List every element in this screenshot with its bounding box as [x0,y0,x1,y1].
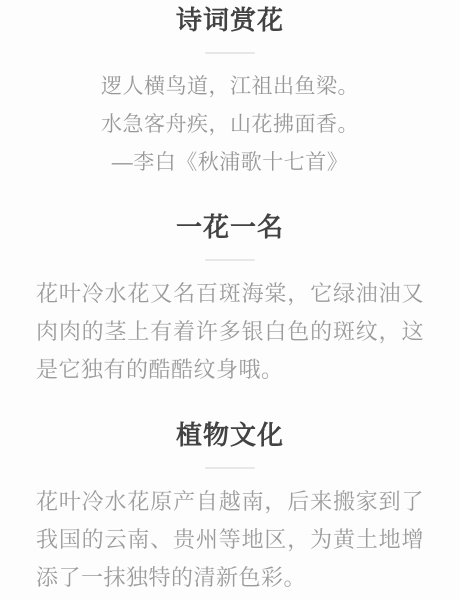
poem-attribution: —李白《秋浦歌十七首》 [0,144,460,182]
section-flower-name: 一花一名 花叶冷水花又名百斑海棠，它绿油油又肉肉的茎上有着许多银白色的斑纹，这是… [0,213,460,389]
plant-culture-paragraph: 花叶冷水花原产自越南，后来搬家到了我国的云南、贵州等地区，为黄土地增添了一抹独特… [0,483,460,597]
section-divider [205,467,255,469]
poem-line-2: 水急客舟疾，山花拂面香。 [0,106,460,144]
section-divider [205,259,255,261]
poem-line-1: 逻人横鸟道，江祖出鱼梁。 [0,68,460,106]
poem-block: 逻人横鸟道，江祖出鱼梁。 水急客舟疾，山花拂面香。 —李白《秋浦歌十七首》 [0,68,460,182]
flower-name-paragraph: 花叶冷水花又名百斑海棠，它绿油油又肉肉的茎上有着许多银白色的斑纹，这是它独有的酷… [0,275,460,389]
section-title-plant-culture: 植物文化 [0,421,460,451]
section-poem-appreciation: 诗词赏花 逻人横鸟道，江祖出鱼梁。 水急客舟疾，山花拂面香。 —李白《秋浦歌十七… [0,6,460,182]
section-divider [205,52,255,54]
section-plant-culture: 植物文化 花叶冷水花原产自越南，后来搬家到了我国的云南、贵州等地区，为黄土地增添… [0,421,460,597]
article-page: 诗词赏花 逻人横鸟道，江祖出鱼梁。 水急客舟疾，山花拂面香。 —李白《秋浦歌十七… [0,0,460,600]
section-title-flower-name: 一花一名 [0,213,460,243]
section-title-poem-appreciation: 诗词赏花 [0,6,460,36]
